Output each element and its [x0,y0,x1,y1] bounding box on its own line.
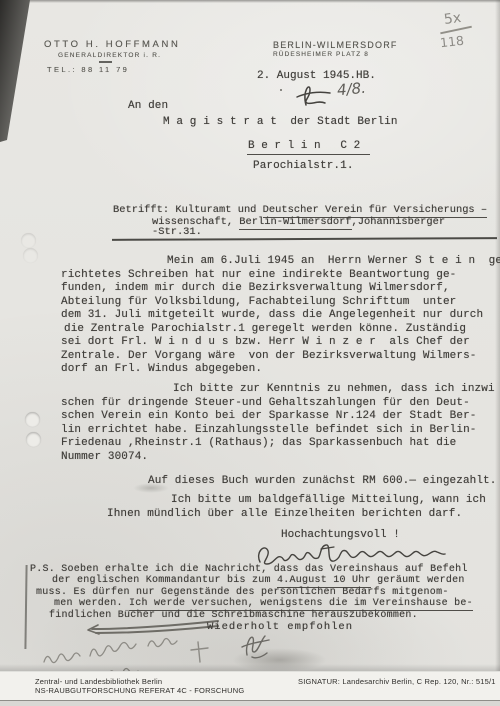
handwritten-date-fraction: 4/8. [336,79,366,99]
body-line: die Zentrale Parochialstr.1 geregelt wer… [61,323,497,337]
letterhead-district: BERLIN-WILMERSDORF [273,40,398,50]
letterhead-phone: TEL.: 88 11 79 [47,65,129,74]
letterhead-street: RÜDESHEIMER PLATZ 8 [273,51,369,58]
postscript-block: P.S. Soeben erhalte ich die Nachricht, d… [30,564,482,621]
scanned-letter-page: 5x 118 OTTO H. HOFFMANN GENERALDIREKTOR … [0,0,500,706]
ps-line: der englischen Kommandantur bis zum 4.Au… [30,575,482,586]
scan-left-edge-shadow [0,0,34,142]
pencil-folio-mark: 5x [443,10,462,28]
body-line: sei dort Frl. W i n d u s bzw. Herr W i … [61,336,497,350]
letterhead-divider [99,61,112,63]
scan-bottom-edge [0,701,500,706]
ps-line: muss. Es dürfen nur Gegenstände des pers… [30,587,482,598]
punch-hole [26,432,41,447]
letterhead-title: GENERALDIREKTOR i. R. [58,52,161,59]
recipient-magistrat: M a g i s t r a t der Stadt Berlin [163,116,398,130]
body-line: richtetes Schreiben hat nur eine indirek… [61,269,497,283]
footer-library-name: Zentral- und Landesbibliothek Berlin [35,677,162,686]
body-line: funden, indem mir durch die Bezirksverwa… [61,282,497,296]
subject-line-3: -Str.31. [152,227,202,239]
archive-footer-bar: Zentral- und Landesbibliothek Berlin NS-… [0,671,500,702]
handwritten-paraph-icon [238,630,274,662]
pencil-folio-number: 118 [439,33,464,50]
punch-hole [23,248,38,263]
ps-line: P.S. Soeben erhalte ich die Nachricht, d… [30,564,482,575]
handwritten-initials-icon [293,78,335,110]
body-paragraph-2: Ich bitte zur Kenntnis zu nehmen, dass i… [61,383,497,464]
body-line: dem 31. Juli mitgeteilt wurde, dass die … [61,309,497,323]
pencil-dot [280,89,282,91]
body-line: Ich bitte zur Kenntnis zu nehmen, dass i… [61,383,497,397]
punch-hole [21,233,36,248]
letterhead-name: OTTO H. HOFFMANN [44,39,180,50]
footer-shadow [0,664,500,671]
subject-line-1: Betrifft: Kulturamt und Deutscher Verein… [113,205,487,217]
subject-underline-rule [112,237,497,240]
recipient-an-den: An den [128,100,168,114]
body-line: Ich bitte um baldgefällige Mitteilung, w… [61,494,497,508]
pencil-margin-line [24,565,27,649]
body-line: schen Verein ein Konto bei der Sparkasse… [61,410,497,424]
punch-hole [25,412,40,427]
body-line: schen für dringende Steuer-und Gehaltsza… [61,397,497,411]
body-line: Abteilung für Volksbildung, Fachabteilun… [61,296,497,310]
body-line: Zentrale. Der Vorgang wäre von der Bezir… [61,350,497,364]
scan-top-edge [0,0,500,3]
body-line: Nummer 30074. [61,451,497,465]
body-line: Ihnen mündlich über alle Einzelheiten be… [61,508,497,522]
footer-department: NS-RAUBGUTFORSCHUNG REFERAT 4C - FORSCHU… [35,686,244,695]
body-line: Friedenau ,Rheinstr.1 (Rathaus); das Spa… [61,437,497,451]
repeat-recommendation: Wiederholt empfohlen [207,621,353,633]
body-line: lin errichtet habe. Einzahlungsstelle be… [61,424,497,438]
recipient-city: B e r l i n C 2 [247,140,370,152]
footer-signatur: SIGNATUR: Landesarchiv Berlin, C Rep. 12… [298,677,496,686]
body-paragraph-4: Ich bitte um baldgefällige Mitteilung, w… [61,494,497,521]
ps-line: men werden. Ich werde versuchen, wenigst… [30,598,482,609]
body-line: Mein am 6.Juli 1945 an Herrn Werner S t … [61,255,497,269]
body-paragraph-1: Mein am 6.Juli 1945 an Herrn Werner S t … [61,255,497,377]
body-paragraph-3: Auf dieses Buch wurden zunächst RM 600.—… [148,475,496,489]
body-line: dorf an Frl. Windus abgegeben. [61,363,497,377]
recipient-street: Parochialstr.1. [253,160,354,174]
